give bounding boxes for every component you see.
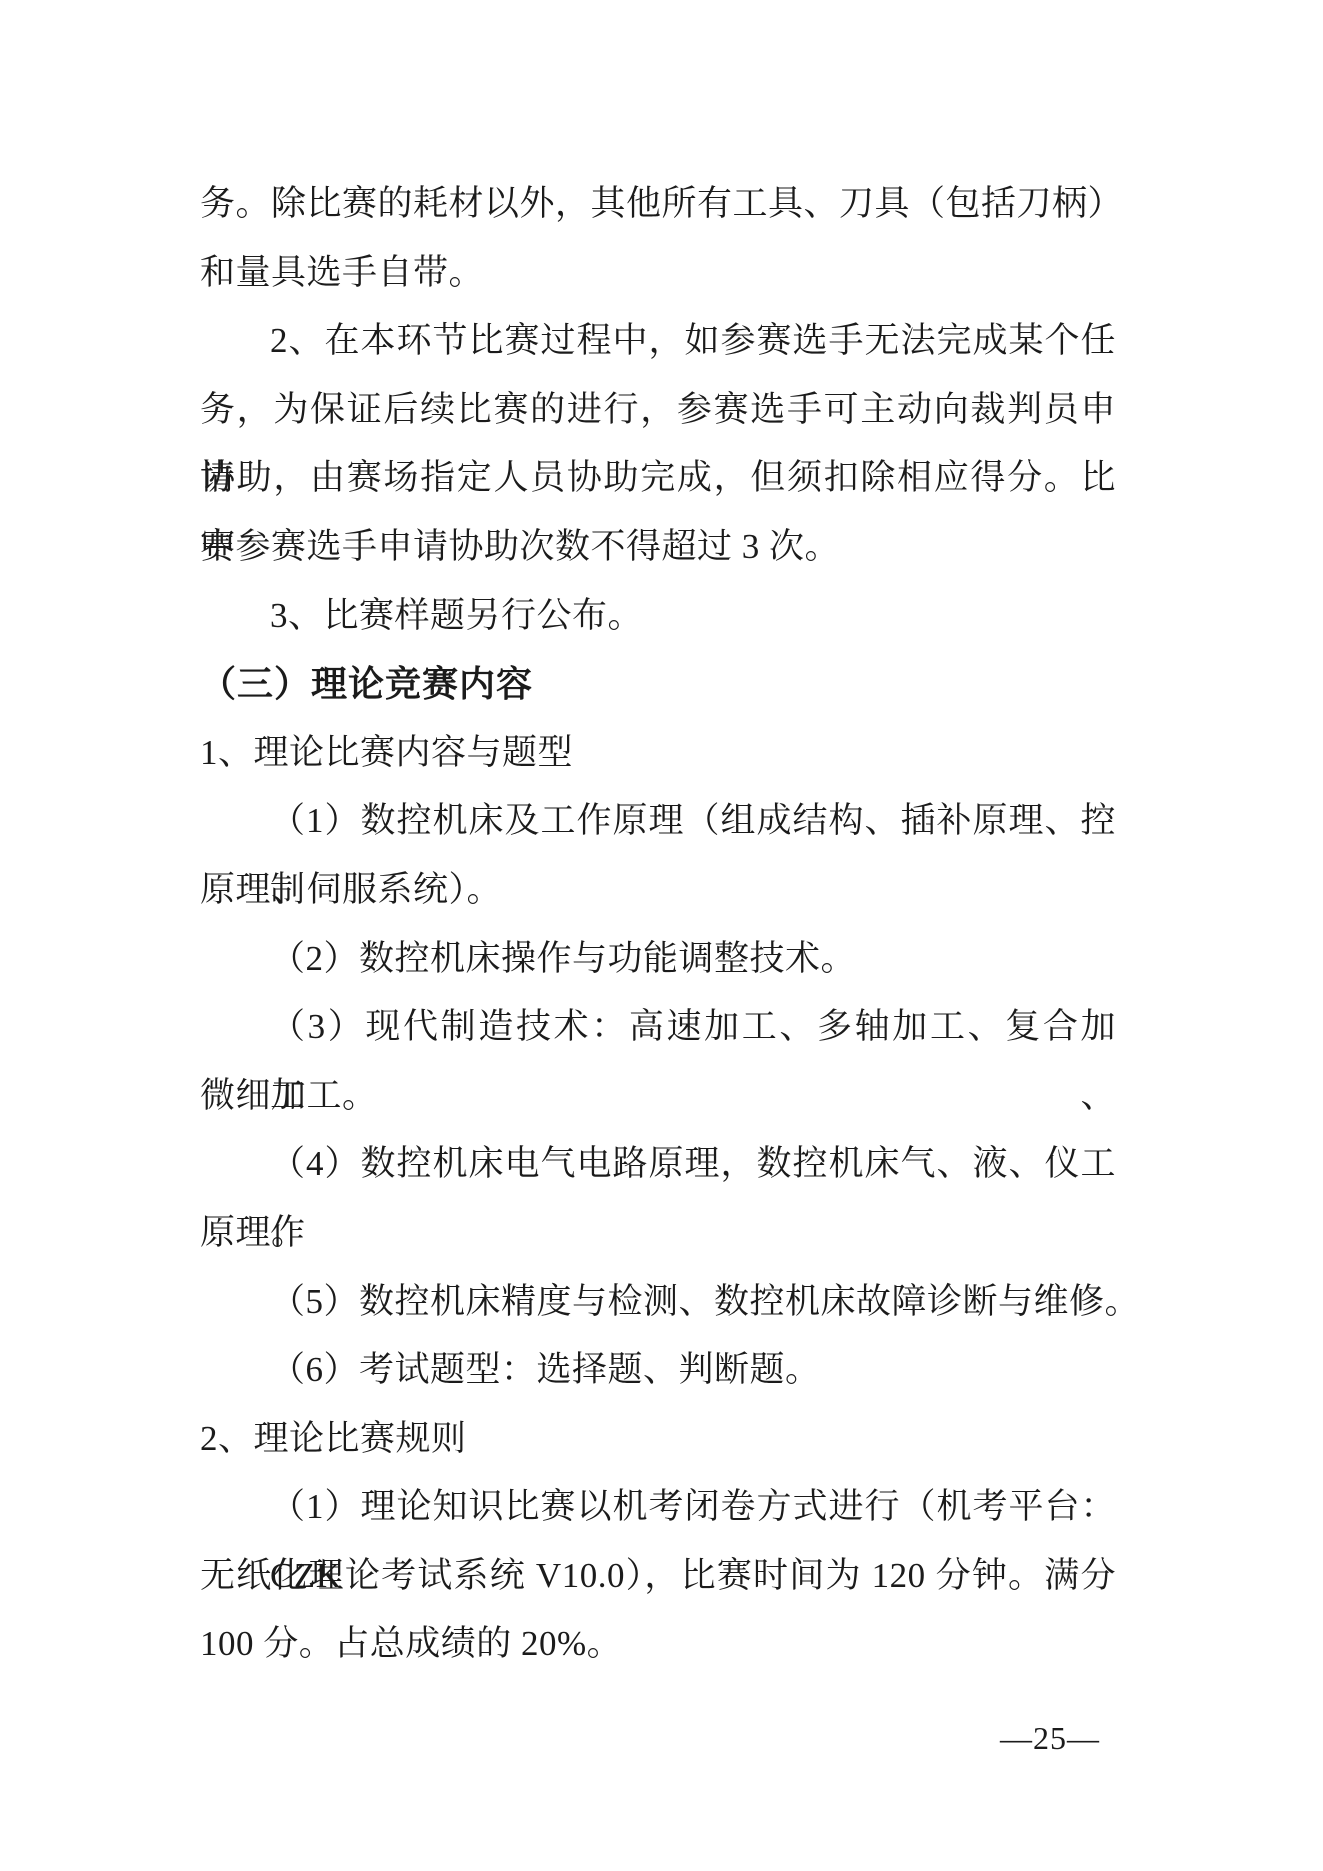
text-line: 2、在本环节比赛过程中，如参赛选手无法完成某个任 [200, 307, 1116, 376]
document-page: 务。除比赛的耗材以外，其他所有工具、刀具（包括刀柄） 和量具选手自带。 2、在本… [0, 0, 1323, 1871]
text-line: 3、比赛样题另行公布。 [200, 582, 1116, 651]
section-heading: （三）理论竞赛内容 [200, 650, 1116, 719]
text-line: 中参赛选手申请协助次数不得超过 3 次。 [200, 513, 1116, 582]
text-line: （1）数控机床及工作原理（组成结构、插补原理、控制 [200, 787, 1116, 856]
text-line: 2、理论比赛规则 [200, 1405, 1116, 1474]
text-line: （6）考试题型：选择题、判断题。 [200, 1336, 1116, 1405]
text-line: （3）现代制造技术：高速加工、多轴加工、复合加工、 [200, 993, 1116, 1062]
text-line: 100 分。占总成绩的 20%。 [200, 1610, 1116, 1679]
text-line: 原理。 [200, 1199, 1116, 1268]
text-line: 原理、伺服系统）。 [200, 856, 1116, 925]
text-line: 协助，由赛场指定人员协助完成，但须扣除相应得分。比赛 [200, 444, 1116, 513]
page-number: —25— [1000, 1718, 1120, 1758]
text-line: 无纸化理论考试系统 V10.0），比赛时间为 120 分钟。满分 [200, 1542, 1116, 1611]
text-line: 务，为保证后续比赛的进行，参赛选手可主动向裁判员申请 [200, 376, 1116, 445]
text-line: 1、理论比赛内容与题型 [200, 719, 1116, 788]
text-line: 和量具选手自带。 [200, 239, 1116, 308]
text-line: （5）数控机床精度与检测、数控机床故障诊断与维修。 [200, 1268, 1116, 1337]
document-body: 务。除比赛的耗材以外，其他所有工具、刀具（包括刀柄） 和量具选手自带。 2、在本… [200, 170, 1116, 1679]
text-line: （1）理论知识比赛以机考闭卷方式进行（机考平台：CZK [200, 1473, 1116, 1542]
text-line: （4）数控机床电气电路原理，数控机床气、液、仪工作 [200, 1130, 1116, 1199]
text-line: 务。除比赛的耗材以外，其他所有工具、刀具（包括刀柄） [200, 170, 1116, 239]
text-line: （2）数控机床操作与功能调整技术。 [200, 925, 1116, 994]
